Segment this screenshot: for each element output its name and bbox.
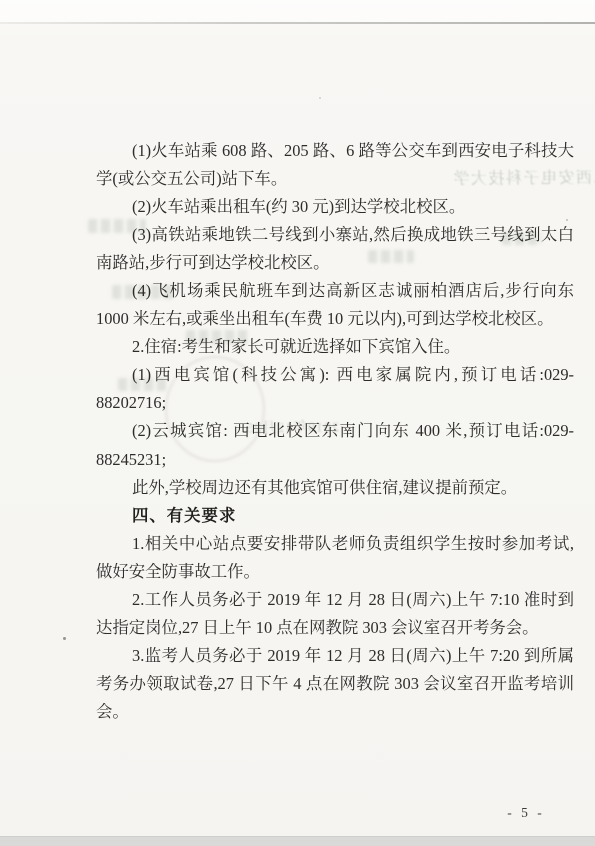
scan-speck <box>63 637 66 640</box>
para-other-hotels: 此外,学校周边还有其他宾馆可供住宿,建议提前预定。 <box>96 474 574 502</box>
para-requirement-3: 3.监考人员务必于 2019 年 12 月 28 日(周六)上午 7:20 到所… <box>96 642 574 726</box>
para-taxi-from-station: (2)火车站乘出租车(约 30 元)到达学校北校区。 <box>96 193 574 221</box>
para-lodging-intro: 2.住宿:考生和家长可就近选择如下宾馆入住。 <box>96 333 574 361</box>
para-hotel-xidian: (1)西电宾馆(科技公寓): 西电家属院内,预订电话:029-88202716; <box>96 361 574 417</box>
document-body: (1)火车站乘 608 路、205 路、6 路等公交车到西安电子科技大学(或公交… <box>96 137 574 726</box>
para-bus-route: (1)火车站乘 608 路、205 路、6 路等公交车到西安电子科技大学(或公交… <box>96 137 574 193</box>
scanned-document-page: 附件:1.西安电子科技大学 2019年12月25 (1)火车站乘 608 路、2… <box>0 0 595 846</box>
scan-speck <box>319 97 321 99</box>
para-hotel-yuncheng: (2)云城宾馆: 西电北校区东南门向东 400 米,预订电话:029-88245… <box>96 417 574 473</box>
para-metro-route: (3)高铁站乘地铁二号线到小寨站,然后换成地铁三号线到太白南路站,步行可到达学校… <box>96 221 574 277</box>
para-airport-route: (4)飞机场乘民航班车到达高新区志诚丽柏酒店后,步行向东 1000 米左右,或乘… <box>96 277 574 333</box>
scan-top-edge <box>0 0 595 22</box>
para-requirement-1: 1.相关中心站点要安排带队老师负责组织学生按时参加考试,做好安全防事故工作。 <box>96 530 574 586</box>
para-requirement-2: 2.工作人员务必于 2019 年 12 月 28 日(周六)上午 7:10 准时… <box>96 586 574 642</box>
section-heading-requirements: 四、有关要求 <box>96 502 574 530</box>
page-number: - 5 - <box>496 805 556 821</box>
scan-bottom-band <box>0 836 595 846</box>
scan-top-line <box>0 22 595 24</box>
